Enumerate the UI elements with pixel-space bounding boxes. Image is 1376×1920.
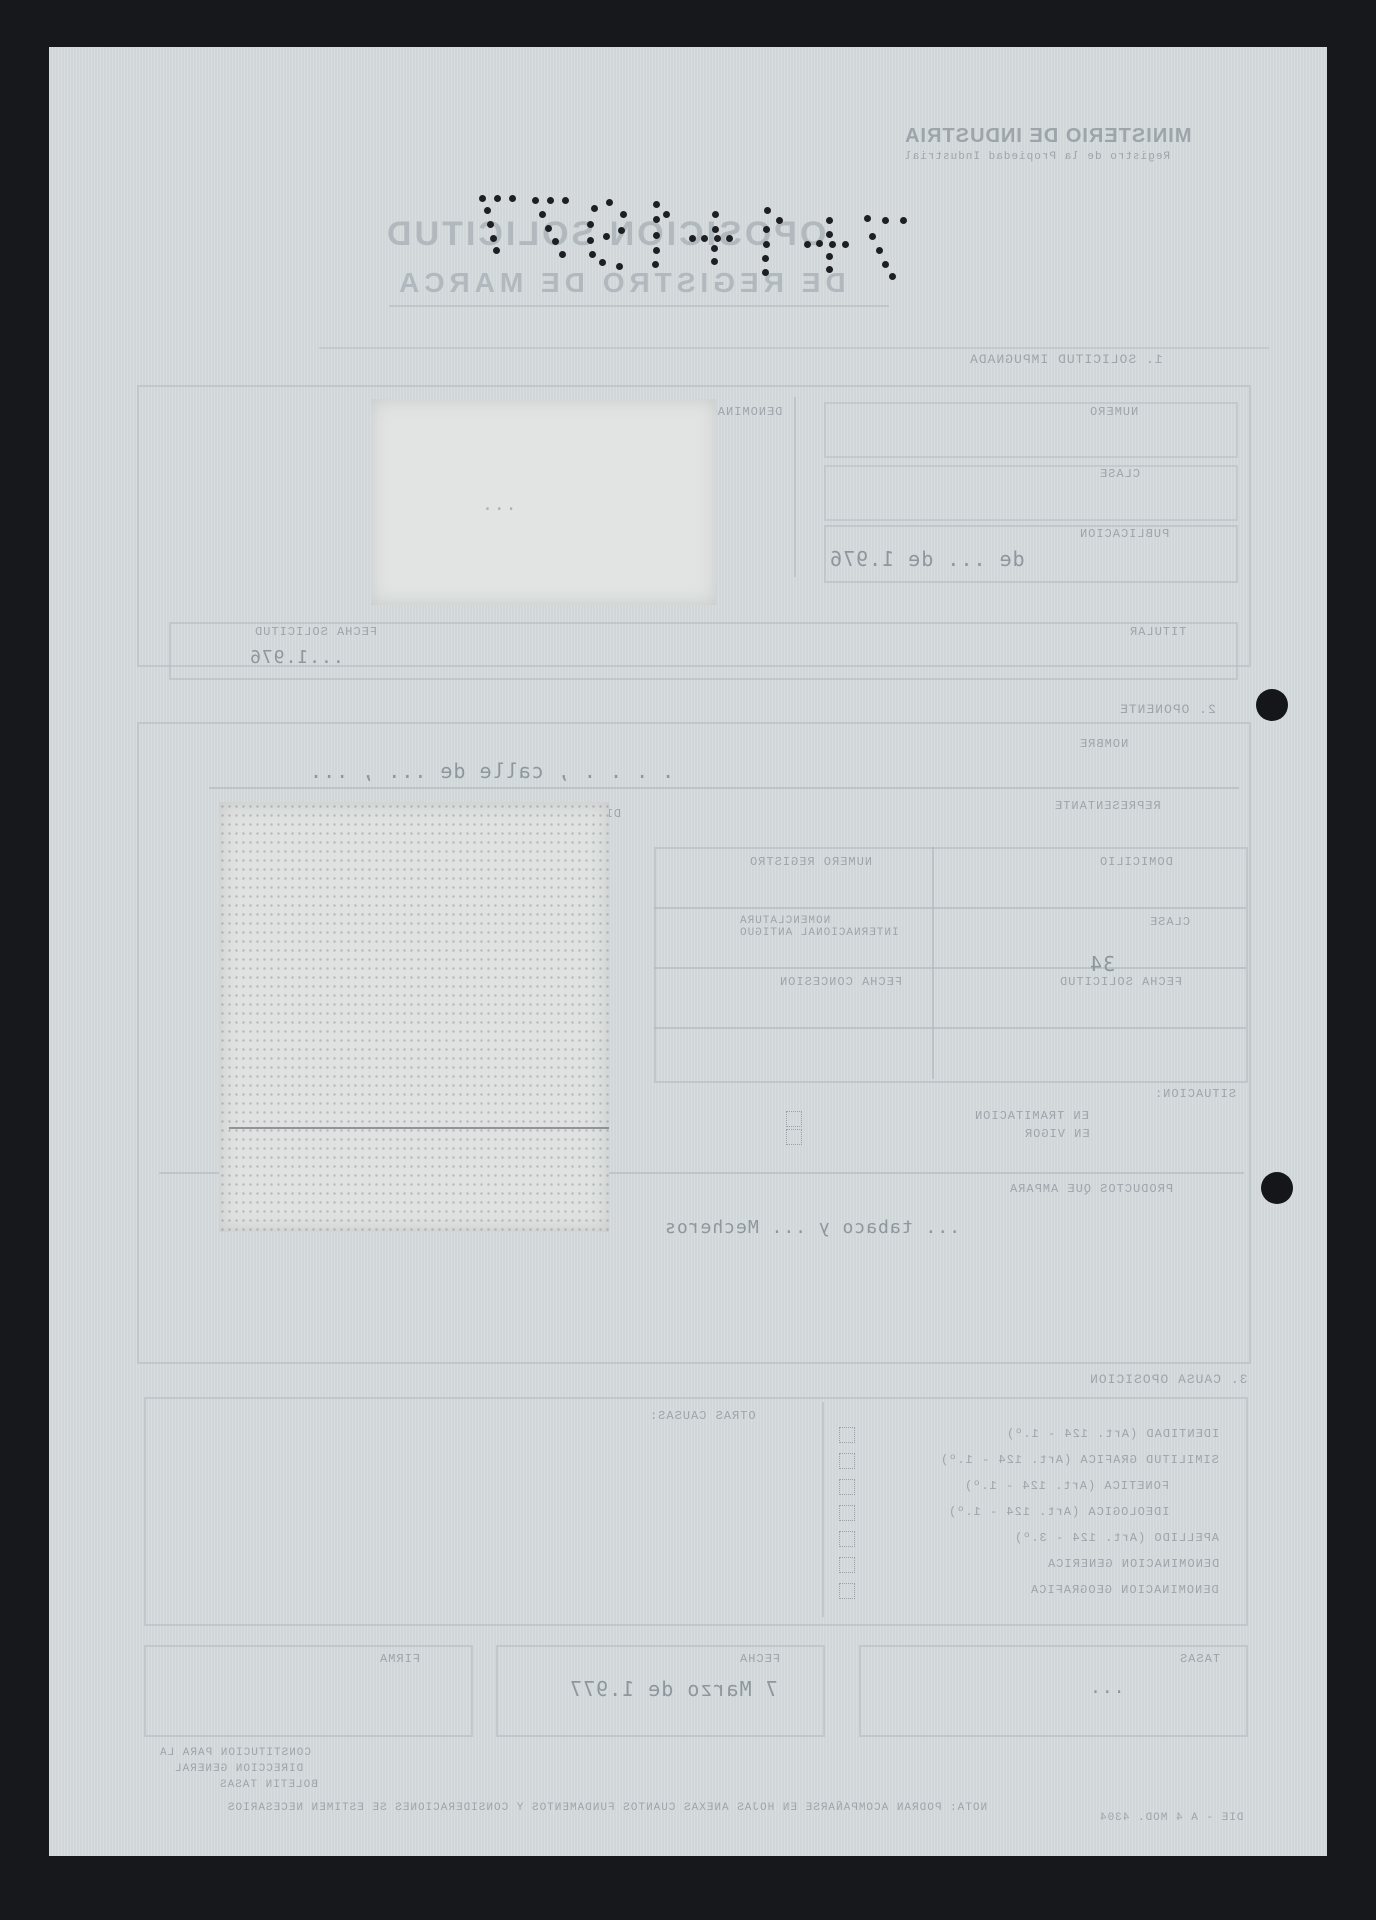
- oponente-fecha-solicitud-label: FECHA SOLICITUD: [1059, 975, 1182, 989]
- causa-item: FONETICA (Art. 124 - 1.º): [964, 1479, 1169, 1493]
- situacion-option-tramitacion: EN TRAMITACION: [974, 1109, 1089, 1123]
- section-2-heading: 2. OPONENTE: [1119, 702, 1216, 717]
- title-underline: [389, 305, 889, 307]
- fecha-solicitud-value: ...1.976: [249, 647, 344, 668]
- oponente-clase-label: CLASE: [1149, 915, 1190, 929]
- firma-box: [144, 1645, 473, 1737]
- registro-grid: [654, 847, 1248, 1083]
- causa-item: IDENTIDAD (Art. 124 - 1.º): [1006, 1427, 1219, 1441]
- situacion-option-vigor: EN VIGOR: [1024, 1127, 1090, 1141]
- causa-checkbox[interactable]: [839, 1427, 855, 1443]
- stamp-line: DIRECCION GENERAL: [174, 1763, 303, 1775]
- nota-text: NOTA: PODRAN ACOMPAÑARSE EN HOJAS ANEXAS…: [167, 1802, 1047, 1814]
- causa-item: APELLIDO (Art. 124 - 3.º): [1014, 1531, 1219, 1545]
- situacion-checkbox-vigor[interactable]: [786, 1129, 802, 1145]
- nomenclatura-label: NOMENCLATURA INTERNACIONAL ANTIGUO: [739, 915, 929, 939]
- scanned-paper-sheet: MINISTERIO DE INDUSTRIA Registro de la P…: [49, 47, 1327, 1856]
- stamp-line: CONSTITUCION PARA LA: [159, 1747, 311, 1759]
- form-code: DIE - A 4 MOD. 4304: [1099, 1812, 1243, 1824]
- causa-checkbox[interactable]: [839, 1557, 855, 1573]
- fecha-label: FECHA: [739, 1652, 780, 1666]
- numero-label: NUMERO: [1089, 405, 1138, 419]
- causa-checkbox[interactable]: [839, 1453, 855, 1469]
- productos-label: PRODUCTOS QUE AMPARA: [1009, 1182, 1173, 1196]
- causa-item: DENOMINACION GEOGRAFICA: [1030, 1583, 1219, 1597]
- header-rule: [319, 347, 1269, 349]
- causa-checkbox[interactable]: [839, 1479, 855, 1495]
- ministry-subtitle: Registro de la Propiedad Industrial: [904, 151, 1170, 163]
- fecha-solicitud-label: FECHA SOLICITUD: [254, 625, 377, 639]
- publicacion-label: PUBLICACION: [1079, 527, 1169, 541]
- oponente-clase-value: 34: [1089, 952, 1115, 976]
- section-3-heading: 3. CAUSA OPOSICION: [1089, 1372, 1247, 1387]
- nombre-label: NOMBRE: [1079, 737, 1128, 751]
- causa-item: DENOMINACION GENERICA: [1047, 1557, 1219, 1571]
- ministry-title: MINISTERIO DE INDUSTRIA: [904, 125, 1191, 148]
- causa-item: SIMILITUD GRAFICA (Art. 124 - 1.º): [940, 1453, 1219, 1467]
- perforated-number: 7414977: [479, 195, 959, 285]
- causa-checkbox[interactable]: [839, 1531, 855, 1547]
- binder-punch-hole-upper: [1256, 689, 1288, 721]
- titular-label: TITULAR: [1129, 625, 1186, 639]
- numero-field: [824, 402, 1238, 458]
- situacion-label: SITUACION:: [1154, 1087, 1236, 1101]
- stamp-line: BOLETIN TASAS: [219, 1779, 318, 1791]
- section-1-heading: 1. SOLICITUD IMPUGNADA: [969, 352, 1163, 367]
- binder-punch-hole-lower: [1261, 1172, 1293, 1204]
- causa-item: IDEOLOGICA (Art. 124 - 1.º): [948, 1505, 1169, 1519]
- clase-label: CLASE: [1099, 467, 1140, 481]
- causa-checkbox[interactable]: [839, 1583, 855, 1599]
- publicacion-value: de ... de 1.976: [829, 547, 1025, 571]
- fecha-concesion-label: FECHA CONCESION: [779, 975, 902, 989]
- numero-registro-label: NUMERO REGISTRO: [749, 855, 872, 869]
- causa-checkbox[interactable]: [839, 1505, 855, 1521]
- otras-causas-label: OTRAS CAUSAS:: [649, 1409, 756, 1423]
- clase-field: [824, 465, 1238, 521]
- pasted-label-distintivo: [219, 802, 609, 1232]
- pasted-label-denominacion: ...: [371, 399, 716, 605]
- fecha-value: 7 Marzo de 1.977: [569, 1677, 778, 1701]
- tasas-label: TASAS: [1179, 1652, 1220, 1666]
- representante-label: REPRESENTANTE: [1054, 799, 1161, 813]
- productos-value: ... tabaco y ... Mecheros: [664, 1217, 960, 1238]
- tasas-value: ...: [1089, 1677, 1125, 1698]
- nombre-value: . . . . , calle de ... , ...: [309, 759, 674, 783]
- situacion-checkbox-tramitacion[interactable]: [786, 1111, 802, 1127]
- firma-label: FIRMA: [379, 1652, 420, 1666]
